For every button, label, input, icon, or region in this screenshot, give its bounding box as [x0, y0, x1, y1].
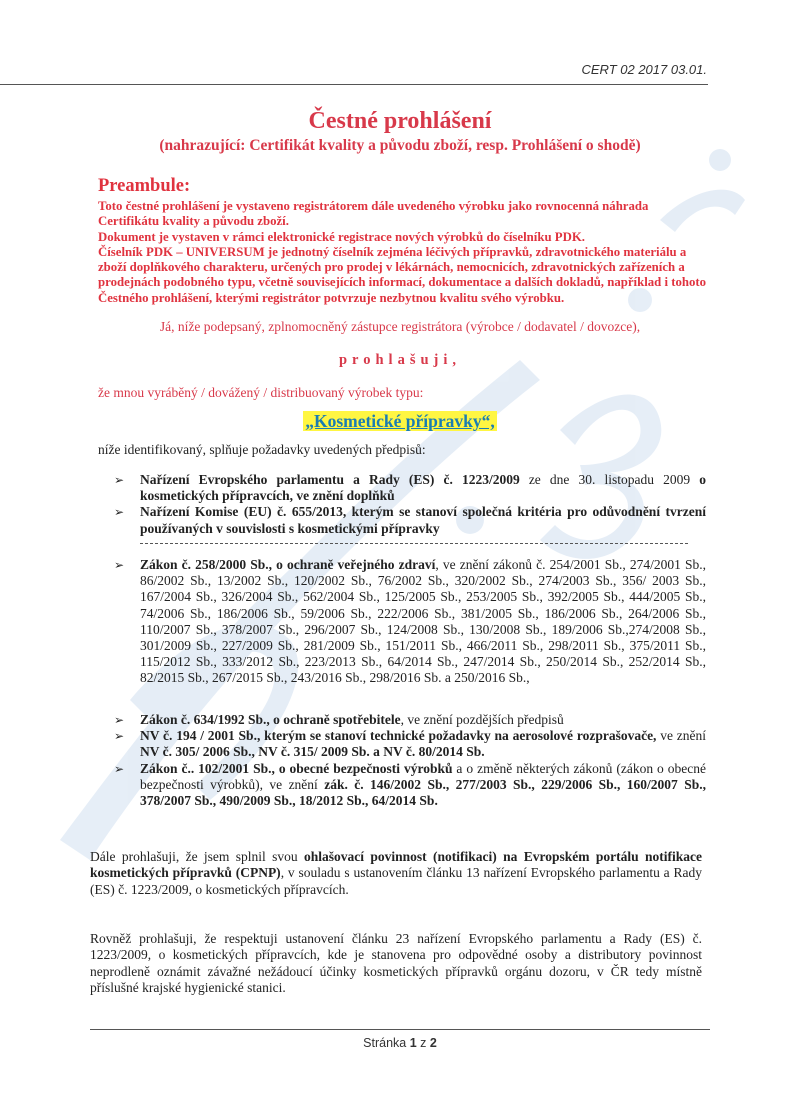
regulation-text-bold: Zákon č. 634/1992 Sb., o ochraně spotřeb…	[140, 712, 401, 727]
reporting-paragraph: Rovněž prohlašuji, že respektuji ustanov…	[90, 931, 702, 997]
regulation-text-bold: Nařízení Komise (EU) č. 655/2013, kterým…	[140, 504, 706, 535]
current-page: 1	[410, 1036, 417, 1050]
footer-divider	[90, 1029, 710, 1030]
regulation-text-normal: , ve znění zákonů č. 254/2001 Sb., 274/2…	[140, 557, 706, 685]
regulations-list-secondary: ➢Zákon č. 258/2000 Sb., o ochraně veřejn…	[114, 557, 706, 687]
regulation-item: ➢Zákon č. 634/1992 Sb., o ochraně spotře…	[114, 712, 706, 728]
declaration-verb: prohlašuji,	[90, 352, 710, 369]
preamble-section: Preambule: Toto čestné prohlášení je vys…	[98, 176, 710, 306]
regulation-item: ➢Zákon č.. 102/2001 Sb., o obecné bezpeč…	[114, 761, 706, 810]
arrow-bullet-icon: ➢	[114, 472, 124, 488]
document-reference: CERT 02 2017 03.01.	[581, 62, 707, 77]
arrow-bullet-icon: ➢	[114, 504, 124, 520]
regulation-text-bold2: NV č. 305/ 2006 Sb., NV č. 315/ 2009 Sb.…	[140, 744, 485, 759]
regulation-item: ➢Zákon č. 258/2000 Sb., o ochraně veřejn…	[114, 557, 706, 687]
arrow-bullet-icon: ➢	[114, 557, 124, 573]
regulation-item: ➢NV č. 194 / 2001 Sb., kterým se stanoví…	[114, 728, 706, 760]
regulation-item: ➢Nařízení Komise (EU) č. 655/2013, který…	[114, 504, 706, 536]
arrow-bullet-icon: ➢	[114, 761, 124, 777]
regulation-text-bold: Nařízení Evropského parlamentu a Rady (E…	[140, 472, 520, 487]
arrow-bullet-icon: ➢	[114, 728, 124, 744]
conformity-statement: níže identifikovaný, splňuje požadavky u…	[98, 442, 426, 458]
declaration-intro: Já, níže podepsaný, zplnomocněný zástupc…	[90, 319, 710, 335]
regulations-list-primary: ➢Nařízení Evropského parlamentu a Rady (…	[114, 472, 706, 537]
regulation-item: ➢Nařízení Evropského parlamentu a Rady (…	[114, 472, 706, 504]
regulation-text-normal: ze dne 30. listopadu 2009	[520, 472, 700, 487]
regulation-text-normal: ve znění	[656, 728, 706, 743]
total-pages: 2	[430, 1036, 437, 1050]
product-line: že mnou vyráběný / dovážený / distribuov…	[98, 385, 423, 401]
regulation-text-bold: Zákon č.. 102/2001 Sb., o obecné bezpečn…	[140, 761, 452, 776]
page-separator: z	[420, 1036, 426, 1050]
regulation-text-bold: Zákon č. 258/2000 Sb., o ochraně veřejné…	[140, 557, 435, 572]
preamble-heading: Preambule:	[98, 176, 710, 197]
page-label: Stránka	[363, 1036, 406, 1050]
product-type-wrapper: „Kosmetické přípravky“,	[90, 411, 710, 432]
document-subtitle: (nahrazující: Certifikát kvality a původ…	[90, 137, 710, 155]
preamble-paragraph: Číselník PDK – UNIVERSUM je jednotný čís…	[98, 245, 710, 306]
notification-pre: Dále prohlašuji, že jsem splnil svou	[90, 849, 304, 864]
product-type: „Kosmetické přípravky“,	[303, 411, 497, 431]
preamble-paragraph: Dokument je vystaven v rámci elektronick…	[98, 230, 710, 245]
document-page: CERT 02 2017 03.01. Čestné prohlášení (n…	[0, 0, 800, 1100]
page-indicator: Stránka 1 z 2	[90, 1036, 710, 1050]
regulations-list-tertiary: ➢Zákon č. 634/1992 Sb., o ochraně spotře…	[114, 712, 706, 809]
document-title: Čestné prohlášení	[90, 108, 710, 135]
arrow-bullet-icon: ➢	[114, 712, 124, 728]
regulation-text-normal: , ve znění pozdějších předpisů	[401, 712, 564, 727]
regulation-text-bold: NV č. 194 / 2001 Sb., kterým se stanoví …	[140, 728, 656, 743]
preamble-paragraph: Toto čestné prohlášení je vystaveno regi…	[98, 199, 710, 230]
notification-paragraph: Dále prohlašuji, že jsem splnil svou ohl…	[90, 849, 702, 898]
dashed-separator	[140, 543, 688, 544]
header-divider	[0, 84, 708, 85]
